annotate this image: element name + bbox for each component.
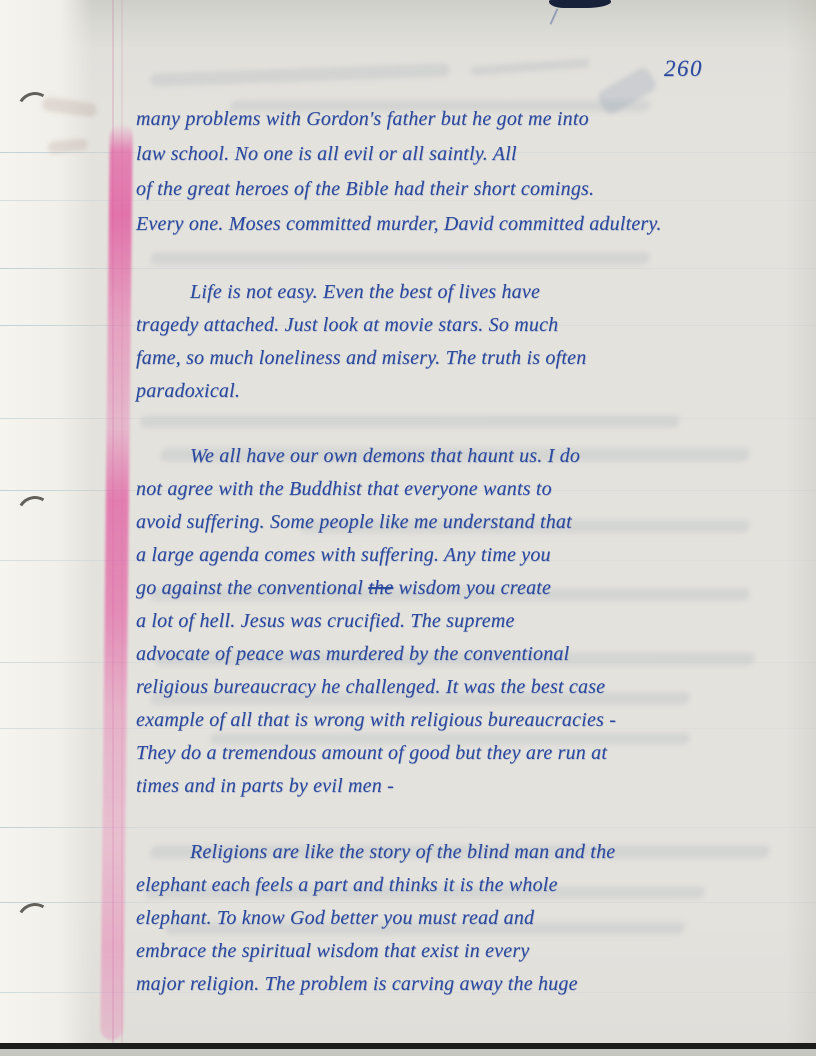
paragraph-1: many problems with Gordon's father but h… (136, 102, 786, 242)
handwritten-line: avoid suffering. Some people like me und… (136, 506, 786, 539)
handwritten-line: paradoxical. (136, 375, 786, 408)
handwritten-line: They do a tremendous amount of good but … (136, 737, 786, 770)
handwritten-line: a large agenda comes with suffering. Any… (136, 539, 786, 572)
handwritten-line: not agree with the Buddhist that everyon… (136, 473, 786, 506)
handwritten-line: times and in parts by evil men - (136, 770, 786, 803)
handwritten-line: embrace the spiritual wisdom that exist … (136, 935, 786, 968)
bleed-through-smudge (139, 415, 681, 428)
paragraph-4: Religions are like the story of the blin… (136, 836, 786, 1001)
handwritten-line: law school. No one is all evil or all sa… (136, 137, 786, 172)
handwritten-line: fame, so much loneliness and misery. The… (136, 342, 786, 375)
handwritten-line: Religions are like the story of the blin… (136, 836, 786, 869)
line-text: go against the conventional (136, 577, 368, 599)
paragraph-2: Life is not easy. Even the best of lives… (136, 276, 786, 408)
handwritten-line: religious bureaucracy he challenged. It … (136, 671, 786, 704)
handwritten-line: elephant. To know God better you must re… (136, 902, 786, 935)
handwritten-line: a lot of hell. Jesus was crucified. The … (136, 605, 786, 638)
bleed-through-smudge (470, 58, 590, 76)
handwritten-line: example of all that is wrong with religi… (136, 704, 786, 737)
handwritten-line: Every one. Moses committed murder, David… (136, 207, 786, 242)
handwritten-line-with-strikethrough: go against the conventional the wisdom y… (136, 572, 786, 605)
handwritten-line: advocate of peace was murdered by the co… (136, 638, 786, 671)
handwritten-line: Life is not easy. Even the best of lives… (136, 276, 786, 309)
handwritten-line: many problems with Gordon's father but h… (136, 102, 786, 137)
paragraph-3: We all have our own demons that haunt us… (136, 440, 786, 803)
handwritten-line: of the great heroes of the Bible had the… (136, 172, 786, 207)
scanner-bed-strip (0, 1049, 816, 1056)
handwritten-line: We all have our own demons that haunt us… (136, 440, 786, 473)
handwritten-line: elephant each feels a part and thinks it… (136, 869, 786, 902)
bleed-through-smudge (149, 252, 651, 265)
page-number: 260 (664, 56, 703, 82)
bleed-through-smudge (150, 63, 450, 87)
line-text: wisdom you create (393, 577, 551, 599)
scanned-page-background: 260 many problems with Gordon's father b… (0, 0, 816, 1056)
struck-out-word: the (368, 577, 393, 599)
top-edge-ink-mark (549, 0, 611, 8)
page-right-shadow (786, 0, 816, 1056)
handwritten-line: tragedy attached. Just look at movie sta… (136, 309, 786, 342)
handwritten-line: major religion. The problem is carving a… (136, 968, 786, 1001)
